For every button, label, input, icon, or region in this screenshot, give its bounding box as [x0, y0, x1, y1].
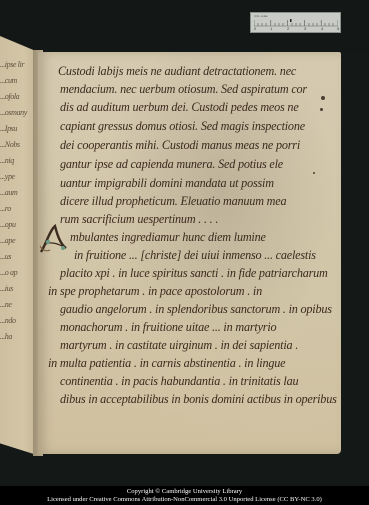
stain [313, 172, 315, 174]
ruler-number: 3 [304, 26, 306, 31]
facing-page-line: ...ape [0, 236, 15, 245]
text-line: Custodi labijs meis ne audiant detractat… [58, 64, 296, 78]
stain [320, 108, 323, 111]
text-line: in fruitione ... [christe] dei uiui inme… [74, 248, 316, 262]
text-line: mbulantes ingrediamur hunc diem lumine [70, 230, 266, 244]
facing-page-line: ...osmany [0, 108, 27, 117]
decorated-initial-a [38, 224, 68, 254]
text-line: placito xpi . in luce spiritus sancti . … [60, 266, 328, 280]
text-line: uantur impigrabili domini mandata ut pos… [60, 176, 274, 190]
facing-page-line: ...ofola [0, 92, 19, 101]
ruler-label: CUL scale [254, 14, 268, 18]
facing-page-line: ...ne [0, 300, 12, 309]
text-line: in multa patientia . in carnis abstinent… [48, 356, 285, 370]
text-line: monachorum . in fruitione uitae ... in m… [60, 320, 276, 334]
manuscript-viewer: CUL scale 0 1 2 3 4 5 ...ipse lir ...cum… [0, 0, 369, 505]
facing-page-line: ...ha [0, 332, 12, 341]
facing-page-line: ...ius [0, 284, 13, 293]
ruler-number: 2 [287, 26, 289, 31]
facing-page-line: ...us [0, 252, 11, 261]
text-line: capiant gressus domus otiosi. Sed magis … [60, 119, 305, 133]
manuscript-folio: Custodi labijs meis ne audiant detractat… [38, 52, 341, 454]
text-line: gaudio angelorum . in splendoribus sanct… [60, 302, 332, 316]
facing-page-line: ...ndo [0, 316, 16, 325]
facing-page-line: ...ype [0, 172, 15, 181]
facing-page-line: ...ro [0, 204, 11, 213]
facing-page-line: ...ipse lir [0, 60, 24, 69]
stain [321, 96, 325, 100]
text-line: rum sacrificium uespertinum . . . . [60, 212, 218, 226]
text-line: dis ad auditum uerbum dei. Custodi pedes… [60, 100, 299, 114]
facing-page-line: ...Nobs [0, 140, 20, 149]
text-line: dei cooperantis mihi. Custodi manus meas… [60, 138, 300, 152]
copyright-footer: Copyright © Cambridge University Library… [0, 486, 369, 505]
text-line: martyrum . in castitate uirginum . in de… [60, 338, 298, 352]
ruler-number: 1 [270, 26, 272, 31]
facing-page-line: ...Ipsu [0, 124, 17, 133]
text-line: gantur ipse ad capienda munera. Sed poti… [60, 157, 283, 171]
text-line: in spe prophetarum . in pace apostolorum… [48, 284, 262, 298]
text-line: dicere illud propheticum. Eleuatio manuu… [60, 194, 286, 208]
facing-page-line: ...niq [0, 156, 14, 165]
license-text: Licensed under Creative Commons Attribut… [0, 496, 369, 504]
facing-page-line: ...o ap [0, 268, 17, 277]
ruler-number: 4 [321, 26, 323, 31]
facing-page-line: ...opu [0, 220, 16, 229]
text-line: dibus in acceptabilibus in bonis domini … [60, 392, 337, 406]
ruler-number: 5 [337, 26, 339, 31]
facing-page-line: ...cum [0, 76, 17, 85]
ruler-ticks [254, 19, 338, 27]
scale-ruler: CUL scale 0 1 2 3 4 5 [250, 12, 341, 33]
text-line: mendacium. nec uerbum otiosum. Sed aspir… [60, 82, 307, 96]
facing-page-line: ...aum [0, 188, 17, 197]
ruler-number: 0 [254, 26, 256, 31]
text-line: continentia . in pacis habundantia . in … [60, 374, 298, 388]
copyright-text: Copyright © Cambridge University Library [0, 488, 369, 496]
